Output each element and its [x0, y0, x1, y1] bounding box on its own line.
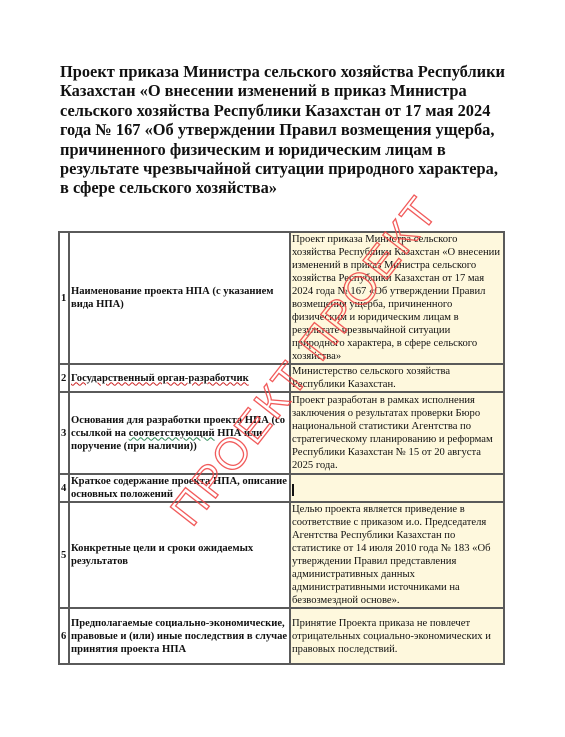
- row-value[interactable]: Проект разработан в рамках исполнения за…: [290, 392, 504, 474]
- row-value-empty[interactable]: [290, 474, 504, 502]
- row-number: 6: [59, 608, 69, 664]
- row-value[interactable]: Проект приказа Министра сельского хозяйс…: [290, 232, 504, 364]
- document-title: Проект приказа Министра сельского хозяйс…: [60, 62, 510, 198]
- table-row: 1 Наименование проекта НПА (с указанием …: [59, 232, 504, 364]
- row-number: 1: [59, 232, 69, 364]
- table-row: 2 Государственный орган-разработчик Мини…: [59, 364, 504, 392]
- row-number: 5: [59, 502, 69, 608]
- spellcheck-underlined-text: соответствующий: [129, 428, 215, 439]
- row-label: Наименование проекта НПА (с указанием ви…: [69, 232, 290, 364]
- table-row: 5 Конкретные цели и сроки ожидаемых резу…: [59, 502, 504, 608]
- row-value[interactable]: Целью проекта является приведение в соот…: [290, 502, 504, 608]
- spellcheck-underlined-text: Государственный орган-разработчик: [71, 373, 249, 384]
- row-label: Государственный орган-разработчик: [69, 364, 290, 392]
- text-cursor: [292, 484, 294, 496]
- row-label: Предполагаемые социально-экономические, …: [69, 608, 290, 664]
- row-value[interactable]: Принятие Проекта приказа не повлечет отр…: [290, 608, 504, 664]
- row-number: 2: [59, 364, 69, 392]
- table-row: 4 Краткое содержание проекта НПА, описан…: [59, 474, 504, 502]
- row-number: 4: [59, 474, 69, 502]
- npa-info-table: 1 Наименование проекта НПА (с указанием …: [58, 231, 505, 665]
- row-label: Основания для разработки проекта НПА (со…: [69, 392, 290, 474]
- row-value[interactable]: Министерство сельского хозяйства Республ…: [290, 364, 504, 392]
- row-label: Конкретные цели и сроки ожидаемых резуль…: [69, 502, 290, 608]
- row-number: 3: [59, 392, 69, 474]
- row-label: Краткое содержание проекта НПА, описание…: [69, 474, 290, 502]
- table-row: 6 Предполагаемые социально-экономические…: [59, 608, 504, 664]
- table-row: 3 Основания для разработки проекта НПА (…: [59, 392, 504, 474]
